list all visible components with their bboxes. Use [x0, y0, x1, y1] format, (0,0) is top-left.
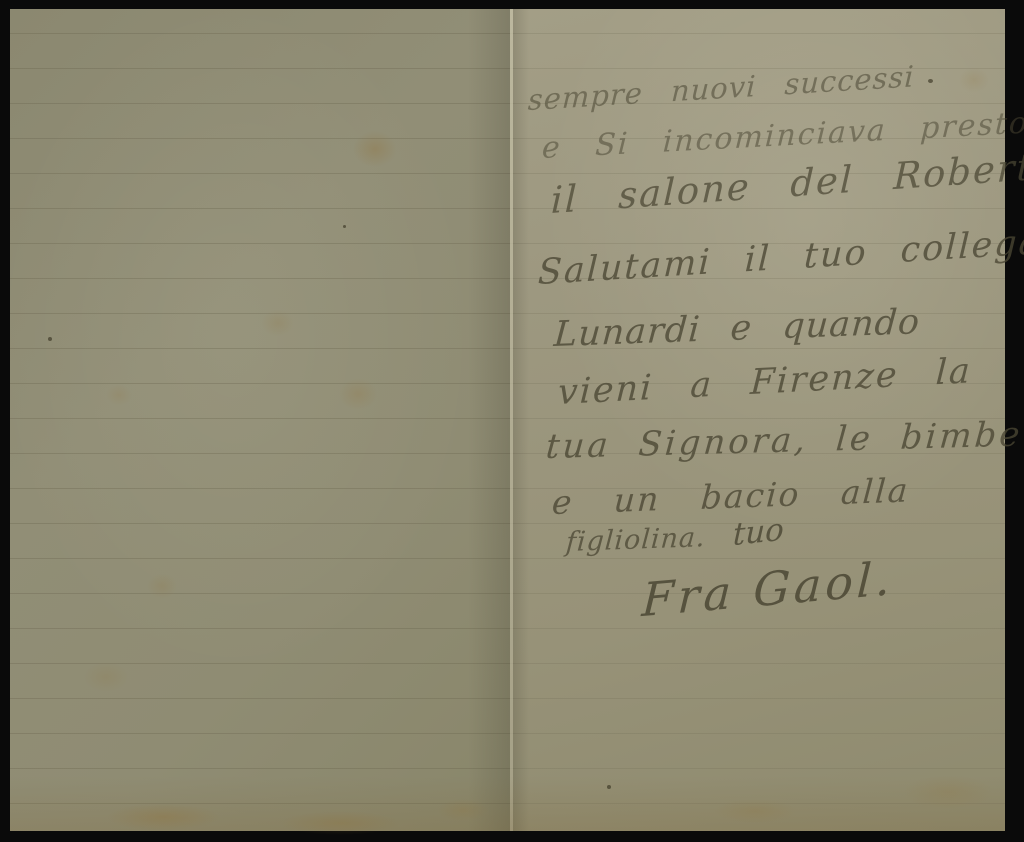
foxing-stain [700, 795, 810, 827]
foxing-stain [256, 305, 300, 341]
foxing-stain [76, 657, 136, 697]
foxing-stain [88, 799, 238, 835]
handwriting-line-9: figliolina. [565, 522, 707, 558]
letter-sheet: sempre nuovi successi e Si incominciava … [10, 9, 1005, 831]
letter-scan: sempre nuovi successi e Si incominciava … [0, 0, 1024, 842]
foxing-stain [954, 63, 994, 97]
foxing-stain [332, 373, 384, 415]
ink-speck [928, 79, 933, 83]
fold-shadow [468, 9, 510, 831]
foxing-stain [346, 125, 404, 173]
letter-page-left [10, 9, 510, 831]
foxing-stain [260, 807, 420, 839]
fold-shadow [513, 9, 529, 831]
ink-speck [343, 225, 346, 228]
ruled-lines-left [10, 9, 510, 831]
ink-speck [607, 785, 611, 789]
foxing-stain [102, 381, 136, 409]
foxing-stain [888, 769, 1008, 815]
ink-speck [48, 337, 52, 341]
foxing-stain [428, 795, 498, 825]
foxing-stain [142, 569, 182, 603]
closing-word: tuo [732, 511, 784, 553]
